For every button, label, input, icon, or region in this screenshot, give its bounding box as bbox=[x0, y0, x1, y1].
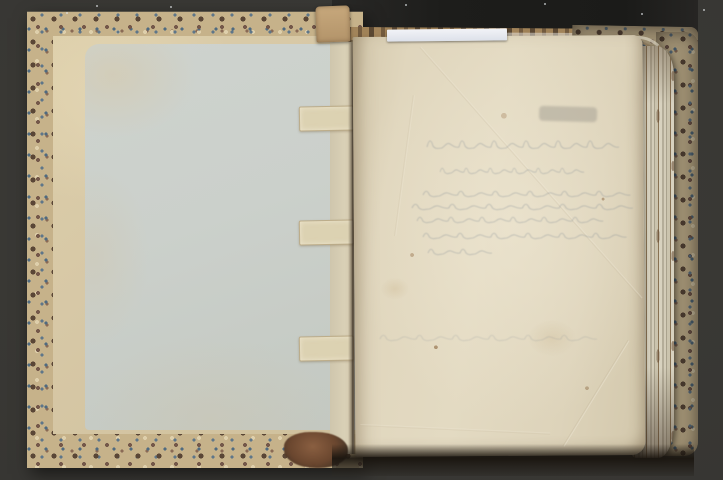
erased-stamp-smudge bbox=[539, 106, 597, 123]
repair-tape-strip bbox=[299, 106, 354, 132]
dust-speck bbox=[66, 12, 68, 14]
dust-speck bbox=[405, 4, 407, 6]
dust-speck bbox=[544, 3, 546, 5]
photo-open-book bbox=[0, 0, 723, 480]
spine-head-repair bbox=[315, 5, 350, 42]
dust-speck bbox=[96, 5, 98, 7]
dust-speck bbox=[170, 6, 172, 8]
paper-slip-bookmark bbox=[387, 28, 507, 41]
bottom-shadow bbox=[332, 444, 694, 476]
dust-speck bbox=[703, 9, 705, 11]
repair-tape-strip bbox=[299, 220, 354, 246]
repair-tape-strip bbox=[299, 336, 354, 362]
dust-speck bbox=[641, 13, 643, 15]
right-page-leaf bbox=[353, 35, 646, 457]
foxing-spots bbox=[353, 35, 646, 457]
